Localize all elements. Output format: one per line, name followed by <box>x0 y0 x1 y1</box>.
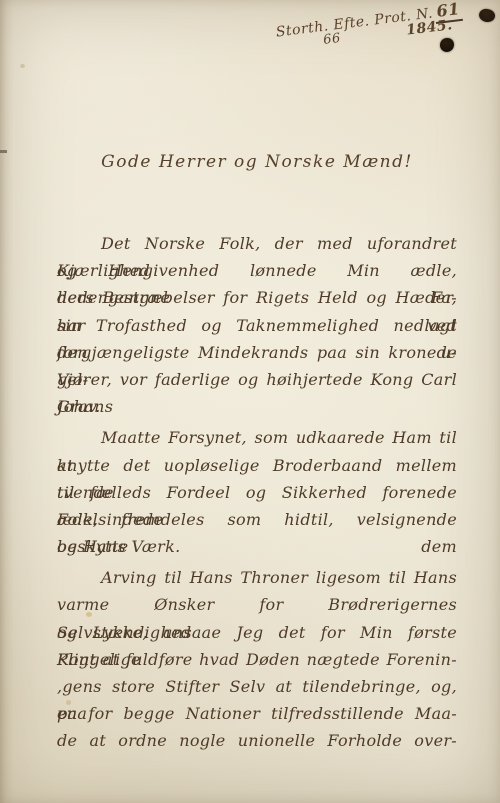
salutation: Gode Herrer og Norske Mænd! <box>57 150 457 174</box>
manuscript-line: Maatte Forsynet, som udkaarede Ham til a… <box>57 424 457 451</box>
manuscript-line: og Lykke, ansaae Jeg det for Min første … <box>57 619 457 646</box>
manuscript-line: gjører, vor faderlige og høihjertede Kon… <box>57 366 457 393</box>
manuscript-line: ,gens store Stifter Selv at tilendebring… <box>57 673 457 700</box>
manuscript-line: forgjængeligste Mindekrands paa sin kron… <box>57 339 457 366</box>
manuscript-body: Gode Herrer og Norske Mænd! Det Norske F… <box>57 150 457 759</box>
manuscript-line: de at ordne nogle unionelle Forholde ove… <box>57 727 457 754</box>
manuscript-line: og Hengivenhed lønnede Min ædle, hedenga… <box>57 257 457 284</box>
archival-annotation: Storth. Efte. Prot. N.61 66 1845. <box>275 0 468 54</box>
manuscript-line: en for begge Nationer tilfredsstillende … <box>57 700 457 727</box>
ink-blot <box>478 7 497 24</box>
manuscript-line: Folk, fremdeles som hidtil, velsignende … <box>57 506 457 533</box>
manuscript-line: Pligt at fuldføre hvad Døden nægtede For… <box>57 646 457 673</box>
manuscript-line: Grav. <box>57 393 457 420</box>
annotation-sub-number: 66 <box>322 31 341 49</box>
paper-stain <box>20 64 25 68</box>
page-edge-mark <box>0 150 7 153</box>
manuscript-line: knytte det uopløselige Broderbaand melle… <box>57 452 457 479</box>
manuscript-line: Arving til Hans Throner ligesom til Hans <box>57 564 457 591</box>
paragraph-1: Det Norske Folk, der med uforandret Kjær… <box>57 230 457 420</box>
manuscript-line: varme Ønsker for Brødrerigernes Selvstæn… <box>57 591 457 618</box>
paragraph-2: Maatte Forsynet, som udkaarede Ham til a… <box>57 424 457 560</box>
manuscript-line: ders Bestræbelser for Rigets Held og Hæd… <box>57 284 457 311</box>
ink-blot <box>440 38 454 52</box>
manuscript-page: Storth. Efte. Prot. N.61 66 1845. Gode H… <box>0 0 500 803</box>
paragraph-3: Arving til Hans Throner ligesom til Hans… <box>57 564 457 754</box>
manuscript-line: til fælleds Fordeel og Sikkerhed forened… <box>57 479 457 506</box>
manuscript-line: sin Trofasthed og Taknemmelighed nedlagt… <box>57 312 457 339</box>
manuscript-line: Det Norske Folk, der med uforandret Kjær… <box>57 230 457 257</box>
